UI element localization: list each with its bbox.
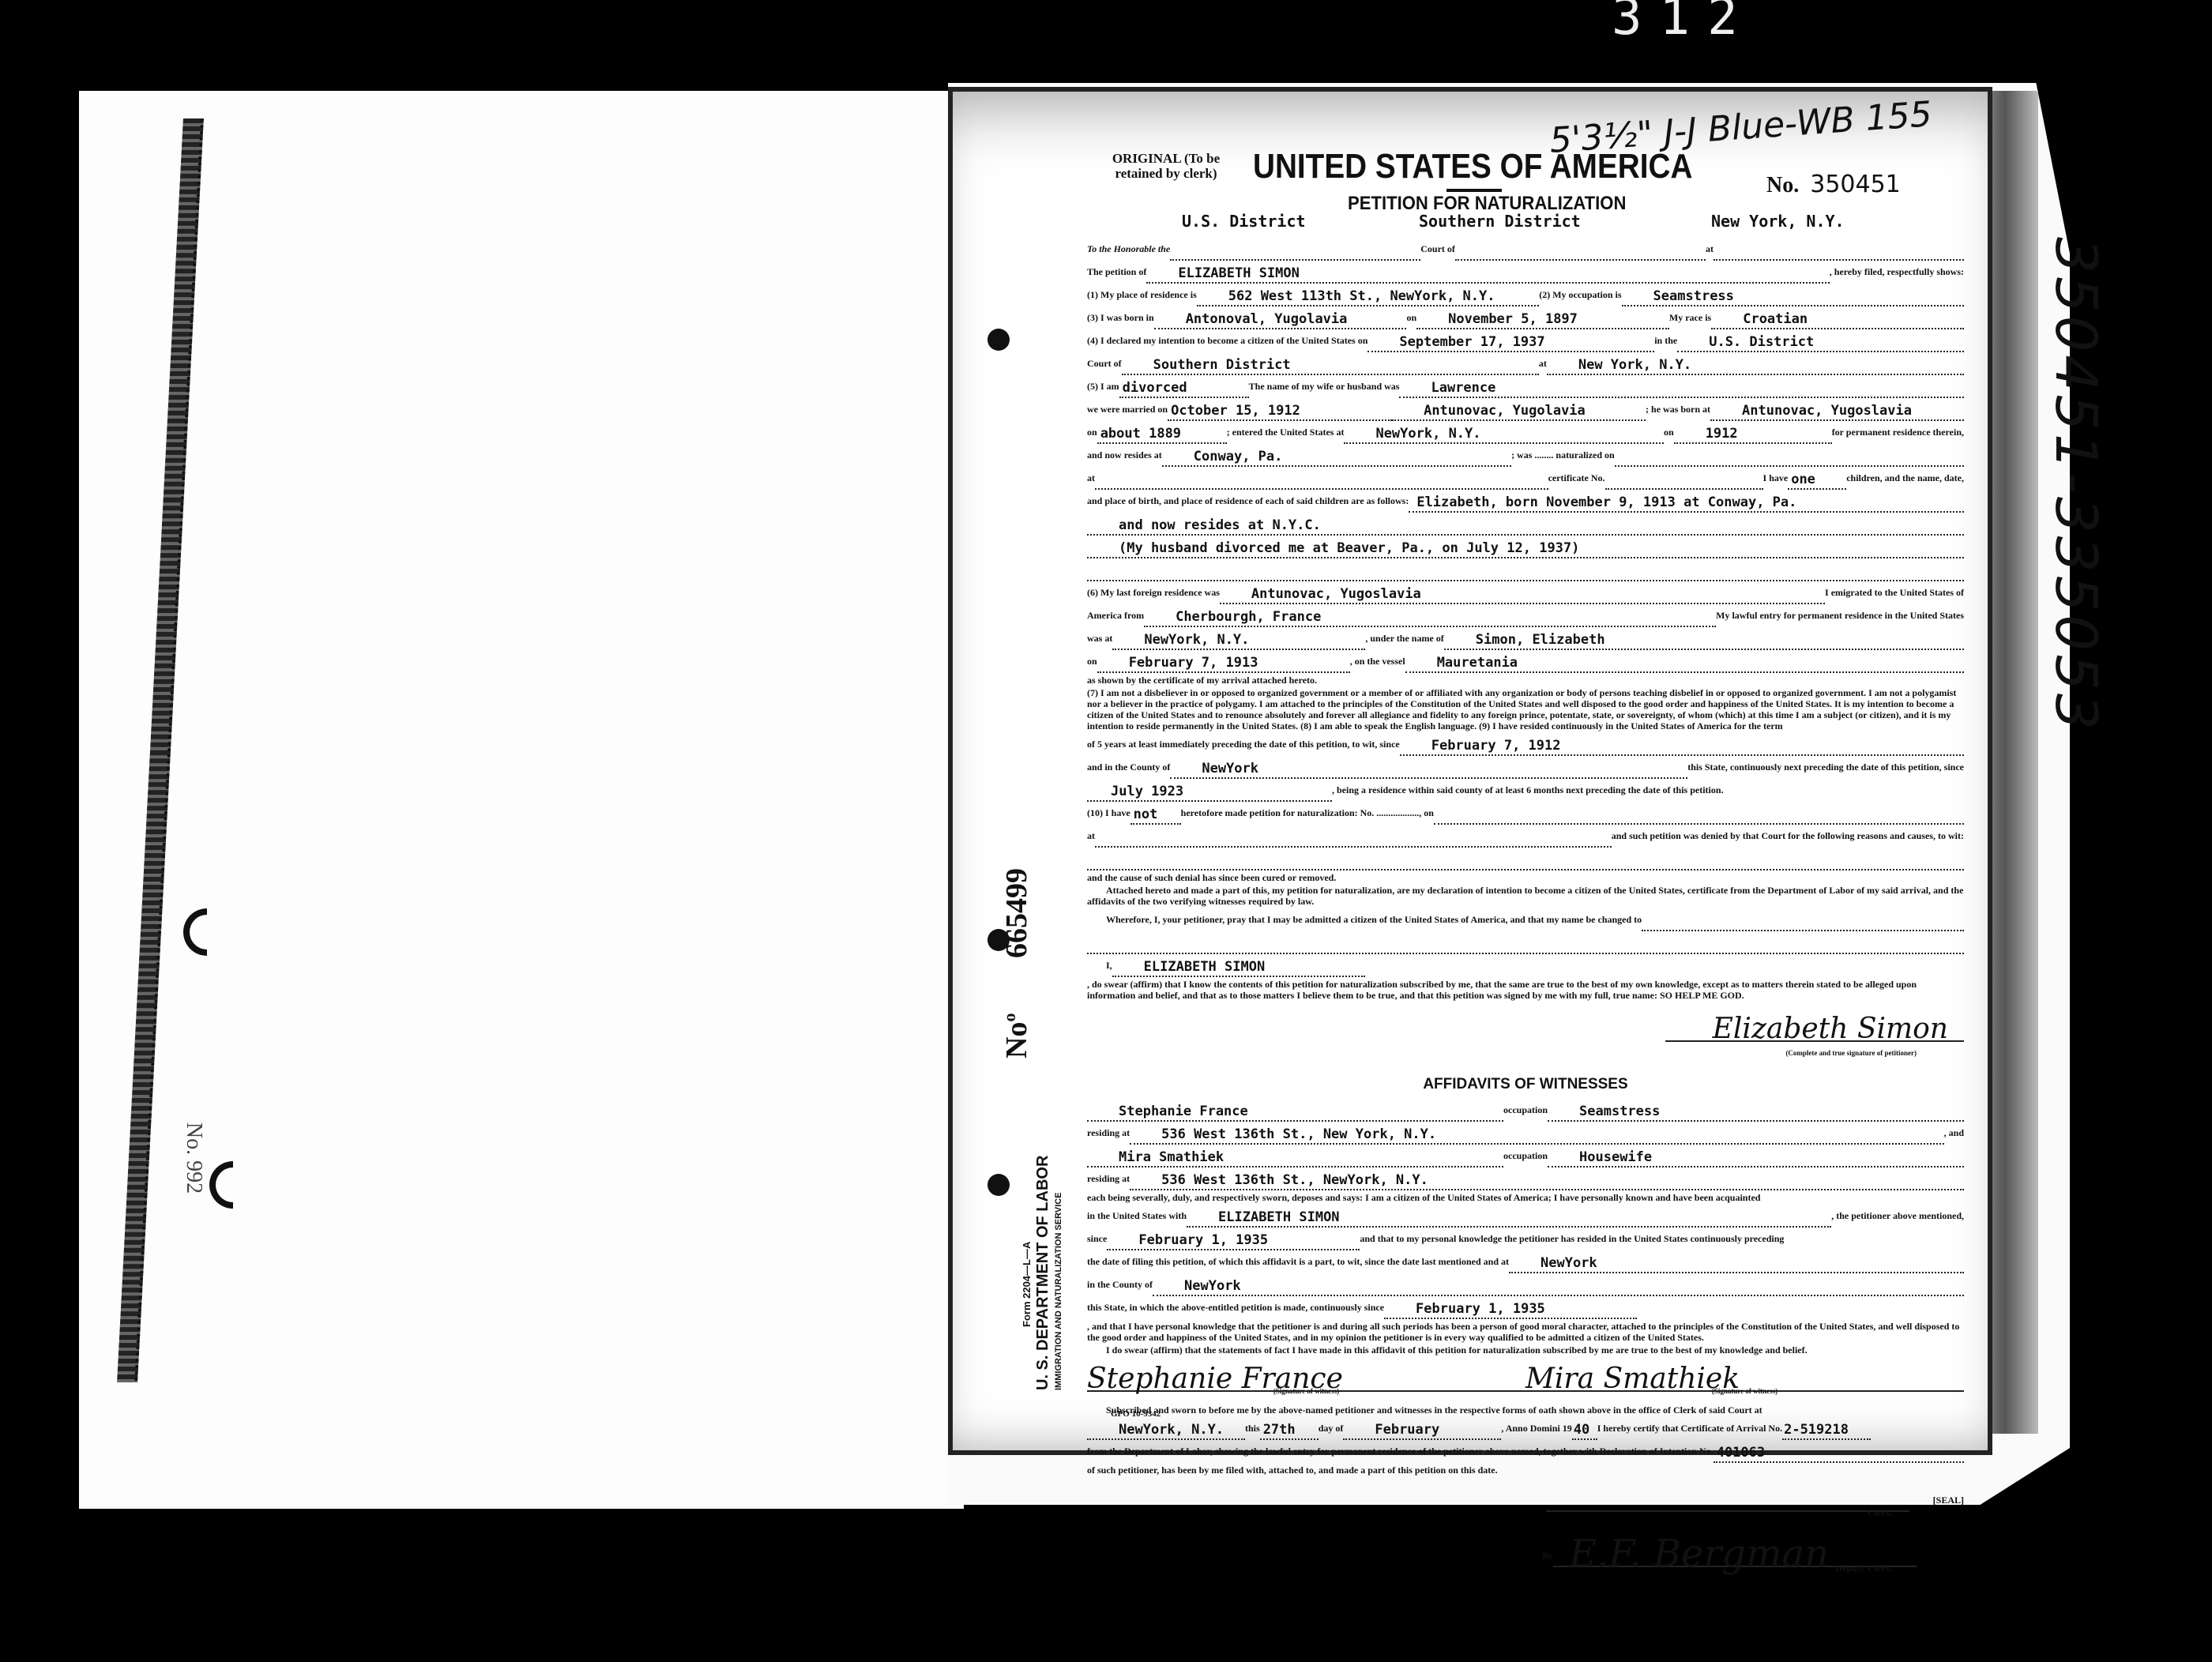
county-since: July 1923	[1087, 783, 1332, 802]
name-under-label: , under the name of	[1365, 627, 1443, 650]
document-body: 5'3½" J-J Blue-WB 155 ORIGINAL (To be re…	[1087, 92, 1964, 1450]
america-from-label: America from	[1087, 604, 1144, 627]
sworn-day: 27th	[1260, 1421, 1319, 1440]
clause-7-text: (7) I am not a disbeliever in or opposed…	[1087, 687, 1964, 731]
sworn-text: each being severally, duly, and respecti…	[1087, 1192, 1964, 1203]
spouse-birthplace: Antunovac, Yugoslavia	[1710, 402, 1964, 421]
oath-text: , do swear (affirm) that I know the cont…	[1087, 979, 1964, 1001]
petitioner-signature-caption: (Complete and true signature of petition…	[1087, 1042, 1917, 1065]
residence-label: (1) My place of residence is	[1087, 284, 1197, 306]
declared-label: (4) I declared my intention to become a …	[1087, 329, 1367, 352]
court-at: New York, N.Y.	[1711, 212, 1845, 231]
children-intro: and place of birth, and place of residen…	[1087, 490, 1409, 513]
married-date: October 15, 1912	[1168, 402, 1392, 421]
children-line-1: Elizabeth, born November 9, 1913 at Conw…	[1409, 494, 1964, 513]
witness-2-sig-caption: (Signature of witness)	[1525, 1380, 1964, 1403]
petitioner-signature: Elizabeth Simon	[1665, 1017, 1964, 1042]
prior-petition-value: not	[1130, 806, 1181, 825]
witness-2-name: Mira Smathiek	[1087, 1149, 1503, 1168]
permanent-label: for permanent residence therein,	[1832, 421, 1964, 444]
arrival-cert-label: I hereby certify that Certificate of Arr…	[1597, 1417, 1782, 1440]
denied-at-fill	[1095, 846, 1612, 848]
document-title: UNITED STATES OF AMERICA	[1253, 147, 1692, 186]
race-label: My race is	[1669, 306, 1711, 329]
county-label: and in the County of	[1087, 756, 1170, 779]
witness-1-residing-label: residing at	[1087, 1122, 1130, 1145]
denied-at-label: at	[1087, 825, 1095, 848]
affidavit-county: NewYork	[1153, 1277, 1964, 1296]
foreign-residence: Antunovac, Yugoslavia	[1220, 585, 1825, 604]
filing-text: the date of filing this petition, of whi…	[1087, 1250, 1509, 1273]
affidavit-county-label: in the County of	[1087, 1273, 1153, 1296]
certificate-label: certificate No.	[1548, 467, 1605, 490]
filing-place: NewYork	[1509, 1254, 1964, 1273]
county-value: NewYork	[1170, 760, 1687, 779]
since-label: since	[1087, 1228, 1107, 1250]
denied-reasons-fill	[1087, 869, 1964, 870]
oath-name: ELIZABETH SIMON	[1112, 958, 1365, 977]
name-change-fill-2	[1087, 953, 1964, 954]
honorable-fill	[1170, 259, 1420, 261]
in-the-label: in the	[1654, 329, 1677, 352]
spouse-label: The name of my wife or husband was	[1249, 375, 1400, 398]
entry-on-label: on	[1087, 650, 1097, 673]
spouse-entry-port: NewYork, N.Y.	[1344, 425, 1664, 444]
spouse-born-label: ; he was born at	[1646, 398, 1710, 421]
married-place: Antunovac, Yugolavia	[1392, 402, 1646, 421]
filed-text: of such petitioner, has been by me filed…	[1087, 1465, 1964, 1476]
wherefore-text: Wherefore, I, your petitioner, pray that…	[1087, 908, 1642, 931]
declaration-no: 401063	[1714, 1444, 1964, 1463]
punch-hole-doc-1	[987, 329, 1010, 351]
declared-court: U.S. District	[1677, 333, 1964, 352]
oath-text-start	[1365, 954, 1367, 977]
court-type: U.S. District	[1182, 212, 1306, 231]
county-since-suffix: , being a residence within said county o…	[1332, 779, 1724, 802]
children-count: one	[1788, 471, 1846, 490]
deputy-clerk-label: Deputy Clerk.	[1835, 1557, 1893, 1580]
left-page-stamp: No. 992	[181, 1122, 206, 1194]
children-line-3: (My husband divorced me at Beaver, Pa., …	[1087, 540, 1964, 558]
entry-date: February 7, 1913	[1097, 654, 1350, 673]
petitioner-label: The petition of	[1087, 261, 1146, 284]
vessel-name: Mauretania	[1405, 654, 1964, 673]
honorable-label: To the Honorable the	[1087, 238, 1170, 261]
emigrated-from: Cherbourgh, France	[1144, 608, 1716, 627]
declared-at: New York, N.Y.	[1547, 356, 1964, 375]
declared-court-of-label: Court of	[1087, 352, 1122, 375]
spouse-birthdate: about 1889	[1097, 425, 1227, 444]
title-rule	[1446, 189, 1502, 192]
petition-document: 5'3½" J-J Blue-WB 155 ORIGINAL (To be re…	[948, 87, 1992, 1455]
spouse-name: Lawrence	[1399, 379, 1964, 398]
prior-petition-suffix: heretofore made petition for naturalizat…	[1181, 802, 1434, 825]
sworn-place: NewYork, N.Y.	[1087, 1421, 1245, 1440]
copy-label: ORIGINAL (To be retained by clerk)	[1111, 151, 1221, 181]
residence-since-label: of 5 years at least immediately precedin…	[1087, 733, 1400, 756]
name-change-fill	[1642, 930, 1964, 931]
foreign-residence-label: (6) My last foreign residence was	[1087, 581, 1220, 604]
entry-name: Simon, Elizabeth	[1444, 631, 1964, 650]
petition-number-value: 350451	[1810, 171, 1901, 198]
certificate-fill	[1605, 488, 1763, 490]
state-since: February 1, 1935	[1384, 1300, 1637, 1319]
occupation-value: Seamstress	[1622, 288, 1964, 306]
court-of: Southern District	[1419, 212, 1581, 231]
affidavits-heading: AFFIDAVITS OF WITNESSES	[1087, 1073, 1964, 1096]
day-of-label: day of	[1319, 1417, 1344, 1440]
department-name: U. S. DEPARTMENT OF LABOR	[1035, 1156, 1051, 1390]
spouse-on-label: on	[1087, 421, 1097, 444]
form-department-label: Form 2204—L—A U. S. DEPARTMENT OF LABOR …	[1019, 1156, 1066, 1390]
side-handwritten-number: 350451-335053	[2043, 237, 2109, 733]
race-value: Croatian	[1711, 310, 1964, 329]
children-label: I have	[1763, 467, 1789, 490]
seal-label: [SEAL]	[1933, 1489, 1964, 1512]
witness-1-sig-caption: (Signature of witness)	[1087, 1380, 1525, 1403]
witness-1-occupation-label: occupation	[1503, 1099, 1548, 1122]
birthplace-value: Antonoval, Yugolavia	[1154, 310, 1407, 329]
spouse-residence: Conway, Pa.	[1162, 448, 1511, 467]
witness-2-residing-label: residing at	[1087, 1168, 1130, 1190]
witness-1-occupation: Seamstress	[1548, 1103, 1964, 1122]
arrival-cert-no: 2-519218	[1782, 1421, 1871, 1440]
known-person: ELIZABETH SIMON	[1187, 1209, 1831, 1228]
sworn-month: February	[1343, 1421, 1501, 1440]
sworn-year: 40	[1572, 1421, 1597, 1440]
at-label: at	[1706, 238, 1714, 261]
born-label: (3) I was born in	[1087, 306, 1154, 329]
department-text: from the Department of Labor, showing th…	[1087, 1440, 1714, 1463]
emigrated-label: I emigrated to the United States of	[1825, 581, 1964, 604]
by-label: By	[1542, 1544, 1553, 1567]
vessel-label: , on the vessel	[1350, 650, 1405, 673]
witness-1-name: Stephanie France	[1087, 1103, 1503, 1122]
resides-label: and now resides at	[1087, 444, 1162, 467]
marital-status: divorced	[1119, 379, 1249, 398]
birthdate-value: November 5, 1897	[1416, 310, 1669, 329]
declared-court-of: Southern District	[1122, 356, 1539, 375]
court-label: Court of	[1420, 238, 1455, 261]
married-label: we were married on	[1087, 398, 1168, 421]
lawful-entry-label: My lawful entry for permanent residence …	[1716, 604, 1964, 627]
court-fill	[1455, 259, 1706, 261]
entered-label: ; entered the United States at	[1227, 421, 1345, 444]
county-suffix: this State, continuously next preceding …	[1687, 756, 1964, 779]
witness-1-address: 536 West 136th St., New York, N.Y.	[1130, 1126, 1944, 1145]
denial-cured-text: and the cause of such denial has since b…	[1087, 872, 1964, 883]
children-line-2: and now resides at N.Y.C.	[1087, 517, 1964, 536]
gpo-label: GPO 10-9342	[1111, 1409, 1161, 1419]
petition-form: To the Honorable theCourt ofat The petit…	[1087, 238, 1964, 1580]
witness-2-occupation-label: occupation	[1503, 1145, 1548, 1168]
service-name: IMMIGRATION AND NATURALIZATION SERVICE	[1051, 1156, 1066, 1390]
petition-number-label: No.	[1766, 173, 1799, 197]
marital-label: (5) I am	[1087, 375, 1119, 398]
denied-text: and such petition was denied by that Cou…	[1612, 825, 1964, 848]
subscribed-text: Subscribed and sworn to before me by the…	[1087, 1404, 1964, 1416]
naturalized-label: ; was ........ naturalized on	[1511, 444, 1615, 467]
clerk-label: Clerk.	[1868, 1502, 1893, 1525]
known-since: February 1, 1935	[1107, 1231, 1360, 1250]
knowledge-text: and that to my personal knowledge the pe…	[1360, 1228, 1784, 1250]
this-label: this	[1245, 1417, 1260, 1440]
declared-date: September 17, 1937	[1367, 333, 1654, 352]
frame-number: 312	[1612, 0, 1755, 41]
prior-petition-label: (10) I have	[1087, 802, 1130, 825]
state-text: this State, in which the above-entitled …	[1087, 1296, 1384, 1319]
residence-since: February 7, 1912	[1400, 737, 1964, 756]
punch-hole-doc-3	[987, 1174, 1010, 1196]
certificate-number-value: 665499	[1000, 868, 1033, 958]
form-number: Form 2204—L—A	[1019, 1156, 1035, 1390]
declared-at-label: at	[1539, 352, 1547, 375]
certificate-number-label: No	[1000, 1022, 1033, 1058]
spouse-entry-on-label: on	[1664, 421, 1674, 444]
witness-2-occupation: Housewife	[1548, 1149, 1964, 1168]
petitioner-suffix: , hereby filed, respectfully shows:	[1830, 261, 1964, 284]
petitioner-name: ELIZABETH SIMON	[1146, 265, 1829, 284]
children-suffix: children, and the name, date,	[1846, 467, 1964, 490]
entry-port: NewYork, N.Y.	[1112, 631, 1365, 650]
left-blank-page	[79, 91, 964, 1509]
swear-text: I do swear (affirm) that the statements …	[1087, 1344, 1964, 1356]
was-at-label: was at	[1087, 627, 1112, 650]
cert-at-label: at	[1087, 467, 1095, 490]
witness-2-address: 536 West 136th St., NewYork, N.Y.	[1130, 1171, 1964, 1190]
petition-number: No.350451	[1766, 171, 1901, 198]
anno-label: , Anno Domini 19	[1501, 1417, 1571, 1440]
occupation-label: (2) My occupation is	[1539, 284, 1621, 306]
known-suffix: , the petitioner above mentioned,	[1831, 1205, 1964, 1228]
certificate-number: Noo 665499	[999, 868, 1034, 1058]
character-text: , and that I have personal knowledge tha…	[1087, 1321, 1964, 1343]
on-label: on	[1406, 306, 1416, 329]
arrival-cert-text: as shown by the certificate of my arriva…	[1087, 675, 1964, 686]
known-label: in the United States with	[1087, 1205, 1187, 1228]
spouse-entry-year: 1912	[1674, 425, 1832, 444]
attached-text: Attached hereto and made a part of this,…	[1087, 885, 1964, 907]
residence-value: 562 West 113th St., NewYork, N.Y.	[1197, 288, 1539, 306]
